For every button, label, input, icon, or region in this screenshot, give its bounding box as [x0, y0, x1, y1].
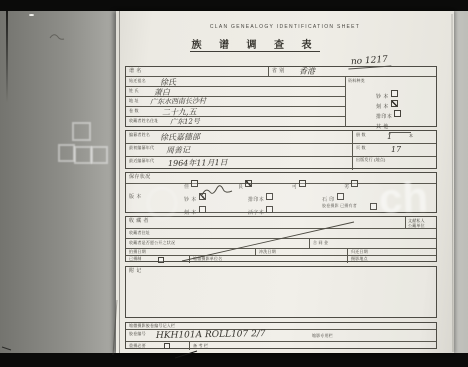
- row-label: 地 址: [129, 98, 139, 103]
- return-date-cell: 归还日期: [348, 249, 438, 255]
- address-label: 收藏者住址: [129, 230, 150, 235]
- left-cell: 最初编纂年代 周善记: [126, 144, 353, 156]
- right-cell: 册 数 1 本: [353, 131, 438, 143]
- row-value: 周善记: [166, 147, 190, 155]
- watermark-logo-square: [72, 122, 91, 141]
- condition-row: 保存状况 佳 良 可 劣: [126, 173, 436, 184]
- owner-note-cell: 文献私人 公藏单位: [406, 217, 438, 228]
- title-cell: 谱 名: [126, 67, 269, 76]
- place-label: 摄影地点: [351, 256, 368, 261]
- checkbox: [199, 206, 206, 213]
- form-row: 缩微摄影胶卷编号记入栏: [126, 323, 436, 330]
- develop-date-cell: 冲洗日期: [256, 249, 348, 255]
- checkbox: [266, 206, 273, 213]
- watermark-logo-square: [91, 146, 108, 164]
- film-header: 缩微摄影胶卷编号记入栏: [129, 323, 175, 328]
- row-value: 1964年11月1日: [168, 159, 228, 168]
- basic-left-column: 始迁祖名 徐氏 姓 氏 萧白 地 址 广东水西南长沙村 卷 数 二十九,五 收藏…: [126, 77, 346, 127]
- row-value: 二十九,五: [162, 108, 197, 117]
- remarks-label: 附 记: [129, 268, 142, 275]
- form-row: 最近编纂年代 1964年11月1日 出版发行 (地点): [126, 157, 436, 170]
- microfilm-scan: CLAN GENEALOGY IDENTIFICATION SHEET 族 谱 …: [0, 0, 468, 367]
- right-suffix: 本: [409, 133, 413, 138]
- develop-date-label: 冲洗日期: [259, 249, 276, 254]
- province-label: 省 别: [272, 68, 285, 75]
- watermark-logo-square: [58, 144, 75, 162]
- right-label: 册 数: [356, 132, 366, 137]
- basic-info-table: 谱 名 省 别 香港 始迁祖名 徐氏 姓 氏 萧白 地 址 广: [125, 66, 437, 127]
- page-title: CLAN GENEALOGY IDENTIFICATION SHEET: [116, 24, 454, 30]
- form-row: 最初编纂年代 周善记 页 数 17: [126, 144, 436, 157]
- row-value: 徐氏: [160, 79, 176, 87]
- right-label: 出版发行 (地点): [356, 158, 396, 163]
- row-label: 编纂者姓名: [129, 132, 150, 137]
- edition-row: 版 本 钞 本 排印本 石 印 刻 本 活字本 胶卷摄影 已摄有者: [126, 184, 436, 214]
- film-roll-table: 缩微摄影胶卷编号记入栏 胶卷编号 HKH101A ROLL107 2/7 缩影专…: [125, 322, 437, 349]
- province-cell: 省 别 香港: [269, 67, 438, 76]
- done-label: 已摄制: [129, 256, 142, 261]
- return-date-label: 归还日期: [351, 249, 368, 254]
- roll-number-value: HKH101A ROLL107 2/7: [156, 330, 266, 341]
- right-value: 1: [387, 133, 392, 141]
- fee-label: 合 同 金: [313, 240, 328, 245]
- edition-option: 胶卷摄影 已摄有者: [322, 198, 377, 216]
- genealogy-form-sheet: CLAN GENEALOGY IDENTIFICATION SHEET 族 谱 …: [116, 11, 454, 353]
- note-label: 备 考 栏: [193, 343, 208, 348]
- row-label: 始迁祖名: [129, 78, 146, 83]
- row-value: 萧白: [154, 89, 170, 97]
- watermark-logo-square: [74, 146, 92, 164]
- retake-label: 重摄必要: [129, 343, 146, 348]
- form-row: 收藏者是否愿公开之状况 合 同 金: [126, 239, 436, 249]
- owner-cell: 收 藏 者: [126, 217, 406, 228]
- retake-cell: 重摄必要: [126, 342, 190, 350]
- form-row: 地 址 广东水西南长沙村: [126, 97, 345, 107]
- row-value: 广东水西南长沙村: [150, 98, 206, 106]
- checkbox: [266, 193, 273, 200]
- form-row: 拍摄日期 冲洗日期 归还日期: [126, 249, 436, 256]
- condition-table: 保存状况 佳 良 可 劣 版 本 钞 本: [125, 172, 437, 213]
- owner-label: 收 藏 者: [129, 218, 149, 225]
- material-header: 资料种类: [348, 78, 365, 83]
- row-label: 卷 数: [129, 108, 139, 113]
- owner-note-2: 公藏单位: [408, 223, 425, 228]
- right-label: 页 数: [356, 145, 366, 150]
- shoot-date-label: 拍摄日期: [129, 249, 146, 254]
- compilation-table: 编纂者姓名 徐氏嘉德部 册 数 1 本 最初编纂年代 周善记 页 数 17: [125, 130, 437, 169]
- row-label: 姓 氏: [129, 88, 139, 93]
- material-type-box: 资料种类 钞 本 刻 本 排印本 其 他: [346, 77, 438, 127]
- open-cell: 收藏者是否愿公开之状况: [126, 239, 310, 248]
- form-row: 编纂者姓名 徐氏嘉德部 册 数 1 本: [126, 131, 436, 144]
- remarks-table: 附 记: [125, 266, 437, 318]
- keep-label: 保存状况: [129, 174, 151, 181]
- form-row: 胶卷编号 HKH101A ROLL107 2/7 缩影专用栏: [126, 330, 436, 342]
- right-cell: 出版发行 (地点): [353, 157, 438, 170]
- row-label: 最近编纂年代: [129, 158, 154, 163]
- right-value: 17: [391, 146, 401, 154]
- checkbox: [158, 257, 164, 263]
- checkbox: [370, 203, 377, 210]
- film-top-bar: [0, 0, 468, 11]
- done-cell: 已摄制: [126, 256, 190, 263]
- form-row: 收 藏 者 文献私人 公藏单位: [126, 217, 436, 229]
- form-row: 收藏者姓名住址 广东12号: [126, 117, 345, 127]
- note-cell: 备 考 栏: [190, 342, 438, 350]
- film-speck: [29, 14, 34, 16]
- checkbox: [199, 193, 206, 200]
- row-value: 徐氏嘉德部: [160, 133, 200, 142]
- province-value: 香港: [299, 68, 315, 76]
- roll-note: 缩影专用栏: [312, 333, 333, 338]
- title-label: 谱 名: [129, 68, 142, 75]
- place-cell: 摄影地点: [348, 256, 438, 263]
- form-row: 收藏者住址: [126, 229, 436, 239]
- unit-cell: 缩微摄影单位名: [190, 256, 348, 263]
- shoot-date-cell: 拍摄日期: [126, 249, 256, 255]
- form-chinese-title: 族 谱 调 查 表: [190, 36, 320, 52]
- edition-label: 版 本: [129, 194, 142, 201]
- right-cell: 页 数 17: [353, 144, 438, 156]
- left-cell: 最近编纂年代 1964年11月1日: [126, 157, 353, 170]
- roll-label: 胶卷编号: [129, 331, 146, 336]
- film-bottom-bar: [0, 353, 468, 367]
- form-row: 始迁祖名 徐氏: [126, 77, 345, 87]
- table-row: 谱 名 省 别 香港: [126, 67, 436, 77]
- open-label: 收藏者是否愿公开之状况: [129, 240, 175, 245]
- left-cell: 编纂者姓名 徐氏嘉德部: [126, 131, 353, 143]
- fee-cell: 合 同 金: [310, 239, 438, 248]
- unit-label: 缩微摄影单位名: [193, 256, 222, 261]
- owner-table: 收 藏 者 文献私人 公藏单位 收藏者住址 收藏者是否愿公开之状况 合 同 金: [125, 216, 437, 262]
- checkbox: [164, 343, 170, 349]
- row-label: 最初编纂年代: [129, 145, 154, 150]
- form-row: 姓 氏 萧白: [126, 87, 345, 97]
- row-label: 收藏者姓名住址: [129, 118, 158, 123]
- option-label: 胶卷摄影 已摄有者: [322, 204, 368, 209]
- row-value: 广东12号: [170, 118, 200, 126]
- form-row: 已摄制 缩微摄影单位名 摄影地点: [126, 256, 436, 263]
- form-row: 重摄必要 备 考 栏: [126, 342, 436, 350]
- form-row: 卷 数 二十九,五: [126, 107, 345, 117]
- film-edge-line: [6, 11, 8, 103]
